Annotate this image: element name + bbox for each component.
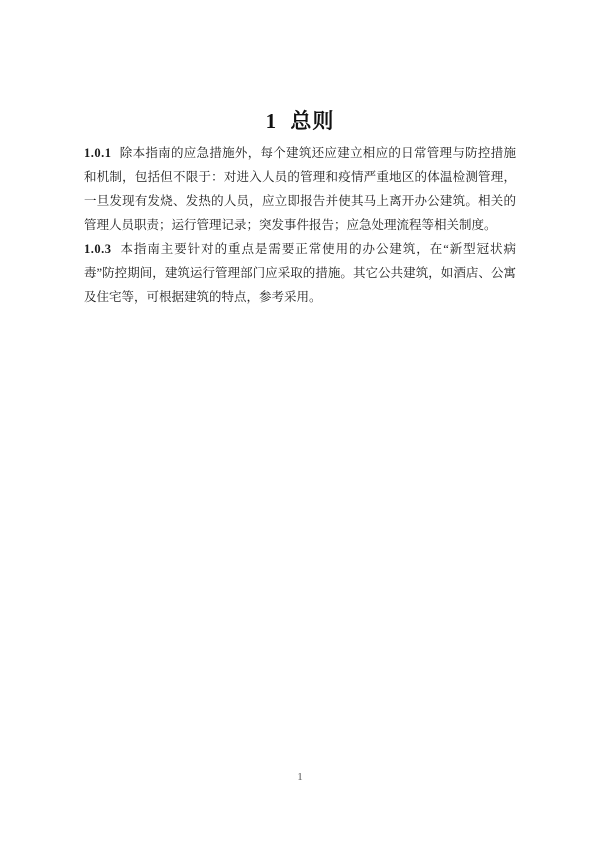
section-heading: 1 总则 — [0, 107, 600, 135]
document-body: 1.0.1除本指南的应急措施外，每个建筑还应建立相应的日常管理与防控措施和机制，… — [84, 141, 516, 309]
clause-text: 除本指南的应急措施外，每个建筑还应建立相应的日常管理与防控措施和机制，包括但不限… — [84, 146, 516, 232]
document-page: 1 总则 1.0.1除本指南的应急措施外，每个建筑还应建立相应的日常管理与防控措… — [0, 0, 600, 848]
clause-number: 1.0.3 — [84, 242, 112, 256]
clause-1-0-1: 1.0.1除本指南的应急措施外，每个建筑还应建立相应的日常管理与防控措施和机制，… — [84, 141, 516, 237]
page-number: 1 — [0, 769, 600, 785]
clause-number: 1.0.1 — [84, 146, 112, 160]
clause-1-0-3: 1.0.3本指南主要针对的重点是需要正常使用的办公建筑，在“新型冠状病毒”防控期… — [84, 237, 516, 309]
clause-text: 本指南主要针对的重点是需要正常使用的办公建筑，在“新型冠状病毒”防控期间，建筑运… — [84, 242, 516, 304]
